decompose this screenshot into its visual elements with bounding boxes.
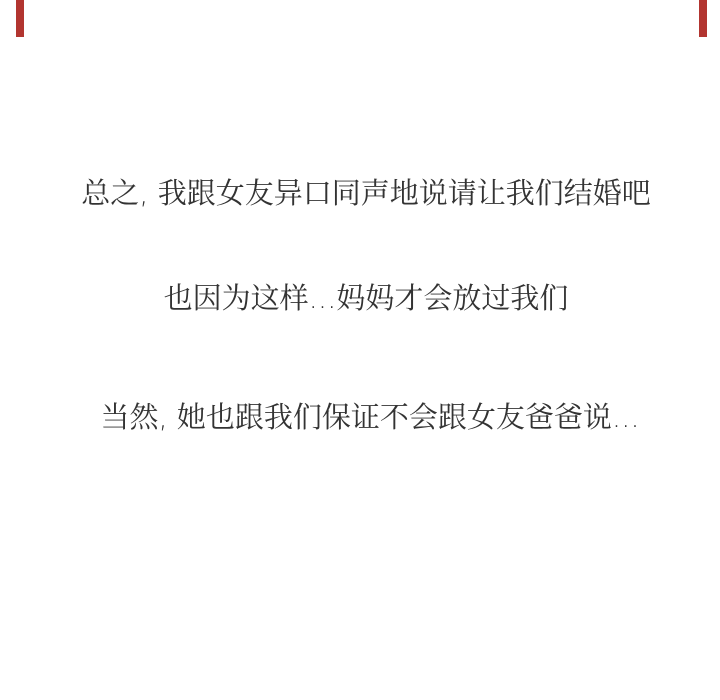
red-ribbon-tip-left: [16, 0, 24, 37]
narration-line-3: 当然, 她也跟我们保证不会跟女友爸爸说...: [10, 400, 720, 435]
webtoon-page: 总之, 我跟女友异口同声地说请让我们结婚吧 也因为这样...妈妈才会放过我们 当…: [0, 0, 720, 700]
narration-line-2: 也因为这样...妈妈才会放过我们: [6, 281, 720, 316]
narration-block-2: 当然, 她也跟我们保证不会跟女友爸爸说...: [10, 330, 720, 505]
red-ribbon-tip-right: [699, 0, 707, 37]
narration-line-1: 总之, 我跟女友异口同声地说请让我们结婚吧: [6, 176, 720, 211]
